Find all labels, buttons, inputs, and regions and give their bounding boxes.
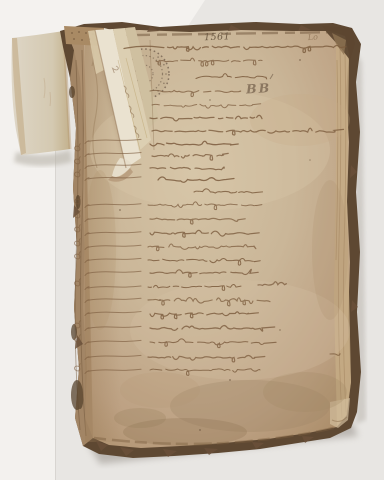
corner-annotation: Lo [307, 32, 319, 42]
archive-series-stamp-bb: BB [245, 80, 272, 96]
book-block [60, 22, 361, 458]
scanned-manuscript-photo: 1561 Lo BB [0, 0, 384, 480]
year-annotation: 1561 [204, 31, 231, 43]
parchment-flap [12, 31, 73, 166]
manuscript-scan: 1561 Lo BB [0, 0, 384, 480]
